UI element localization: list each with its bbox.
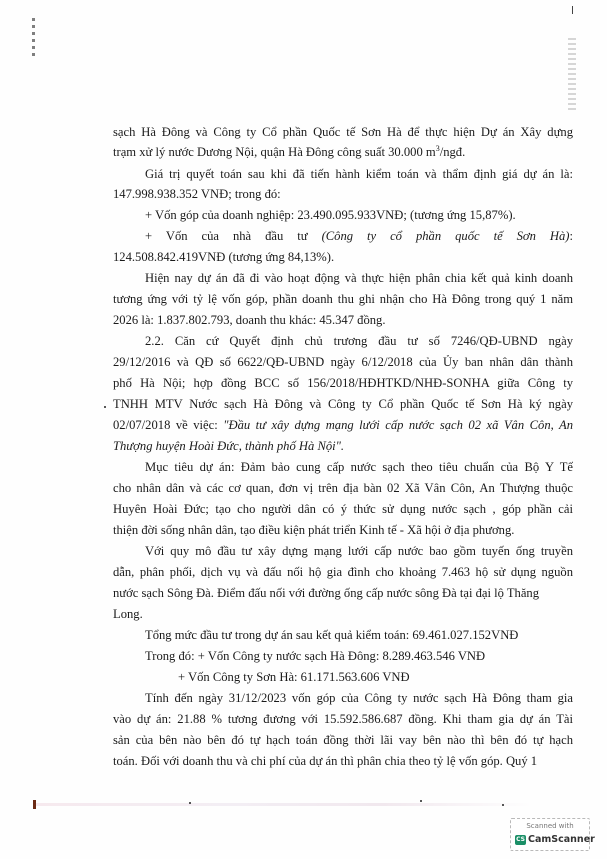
scan-speck: [104, 406, 106, 408]
text-span: 02/07/2018 về việc:: [113, 418, 223, 432]
text-line: 29/12/2016 và QĐ số 6622/QĐ-UBND ngày 6/…: [113, 354, 573, 370]
bullet-line: + Vốn góp của doanh nghiệp: 23.490.095.9…: [145, 207, 573, 223]
text-line: dẫn, phân phối, dịch vụ và đấu nối hộ gi…: [113, 564, 573, 580]
text-line: cho nhân dân và các cơ quan, đơn vị trên…: [113, 480, 573, 496]
text-line: phố Hà Nội; hợp đồng BCC số 156/2018/HĐH…: [113, 375, 573, 391]
text-line: sạch Hà Đông và Công ty Cổ phần Quốc tế …: [113, 124, 573, 140]
text-span: + Vốn của nhà đầu tư: [145, 229, 322, 243]
italic-span: (Công ty cổ phần quốc tế Sơn Hà): [322, 229, 570, 243]
text-span: /ngđ.: [440, 145, 466, 159]
text-line: tương ứng với tỷ lệ vốn góp, phần doanh …: [113, 291, 573, 307]
text-line: 2.2. Căn cứ Quyết định chủ trương đầu tư…: [145, 333, 573, 349]
scan-artifact-left: [32, 18, 35, 58]
text-line: Với quy mô đầu tư xây dựng mạng lưới cấp…: [145, 543, 573, 559]
text-line: Mục tiêu dự án: Đảm bảo cung cấp nước sạ…: [145, 459, 573, 475]
camscanner-watermark: Scanned with CS CamScanner: [510, 818, 590, 851]
italic-span: "Đầu tư xây dựng mạng lưới cấp nước sạch…: [223, 418, 573, 432]
text-line: Trong đó: + Vốn Công ty nước sạch Hà Đôn…: [145, 648, 573, 664]
text-line: + Vốn Công ty Sơn Hà: 61.171.563.606 VNĐ: [178, 669, 607, 685]
text-span: :: [570, 229, 573, 243]
text-line: TNHH MTV Nước sạch Hà Đông và Công ty Cổ…: [113, 396, 573, 412]
text-line: Long.: [113, 606, 573, 622]
text-line: trạm xử lý nước Dương Nội, quận Hà Đông …: [113, 144, 573, 160]
text-line: 02/07/2018 về việc: "Đầu tư xây dựng mạn…: [113, 417, 573, 433]
text-line: sản của bên nào bên đó tự hạch toán đồng…: [113, 732, 573, 748]
text-line: 124.508.842.419VNĐ (tương ứng 84,13%).: [113, 249, 573, 265]
text-line: thiện đời sống nhân dân, tạo điều kiện p…: [113, 522, 573, 538]
text-line: nước sạch Sông Đà. Điểm đấu nối với đườn…: [113, 585, 573, 601]
text-line: 147.998.938.352 VNĐ; trong đó:: [113, 186, 573, 202]
text-line: vào dự án: 21.88 % tương đương với 15.59…: [113, 711, 573, 727]
brand-name: CamScanner: [528, 834, 595, 845]
camscanner-logo-icon: CS: [515, 835, 526, 845]
scan-speck: [502, 804, 504, 806]
text-line: Giá trị quyết toán sau khi đã tiến hành …: [145, 166, 573, 182]
text-span: trạm xử lý nước Dương Nội, quận Hà Đông …: [113, 145, 436, 159]
scan-speck: [420, 800, 422, 802]
text-line: Tính đến ngày 31/12/2023 vốn góp của Côn…: [145, 690, 573, 706]
scan-artifact-bottom: [33, 803, 533, 806]
text-line: Tổng mức đầu tư trong dự án sau kết quả …: [145, 627, 573, 643]
scan-artifact-tick: [572, 6, 573, 14]
scanned-page: sạch Hà Đông và Công ty Cổ phần Quốc tế …: [0, 0, 607, 859]
bullet-line: + Vốn của nhà đầu tư (Công ty cổ phần qu…: [145, 228, 573, 244]
text-line: toán. Đối với doanh thu và chi phí của d…: [113, 753, 573, 769]
text-line: Hiện nay dự án đã đi vào hoạt động và th…: [145, 270, 573, 286]
text-line: Thượng huyện Hoài Đức, thành phố Hà Nội"…: [113, 438, 573, 454]
text-line: 2026 là: 1.837.802.793, doanh thu khác: …: [113, 312, 573, 328]
watermark-caption: Scanned with: [511, 822, 589, 830]
watermark-brand: CS CamScanner: [515, 834, 595, 845]
scan-speck: [189, 802, 191, 804]
scan-artifact-right: [568, 38, 576, 113]
scan-artifact-mark: [33, 800, 36, 809]
text-line: Huyên Hoài Đức; tạo cho người dân có ý t…: [113, 501, 573, 517]
